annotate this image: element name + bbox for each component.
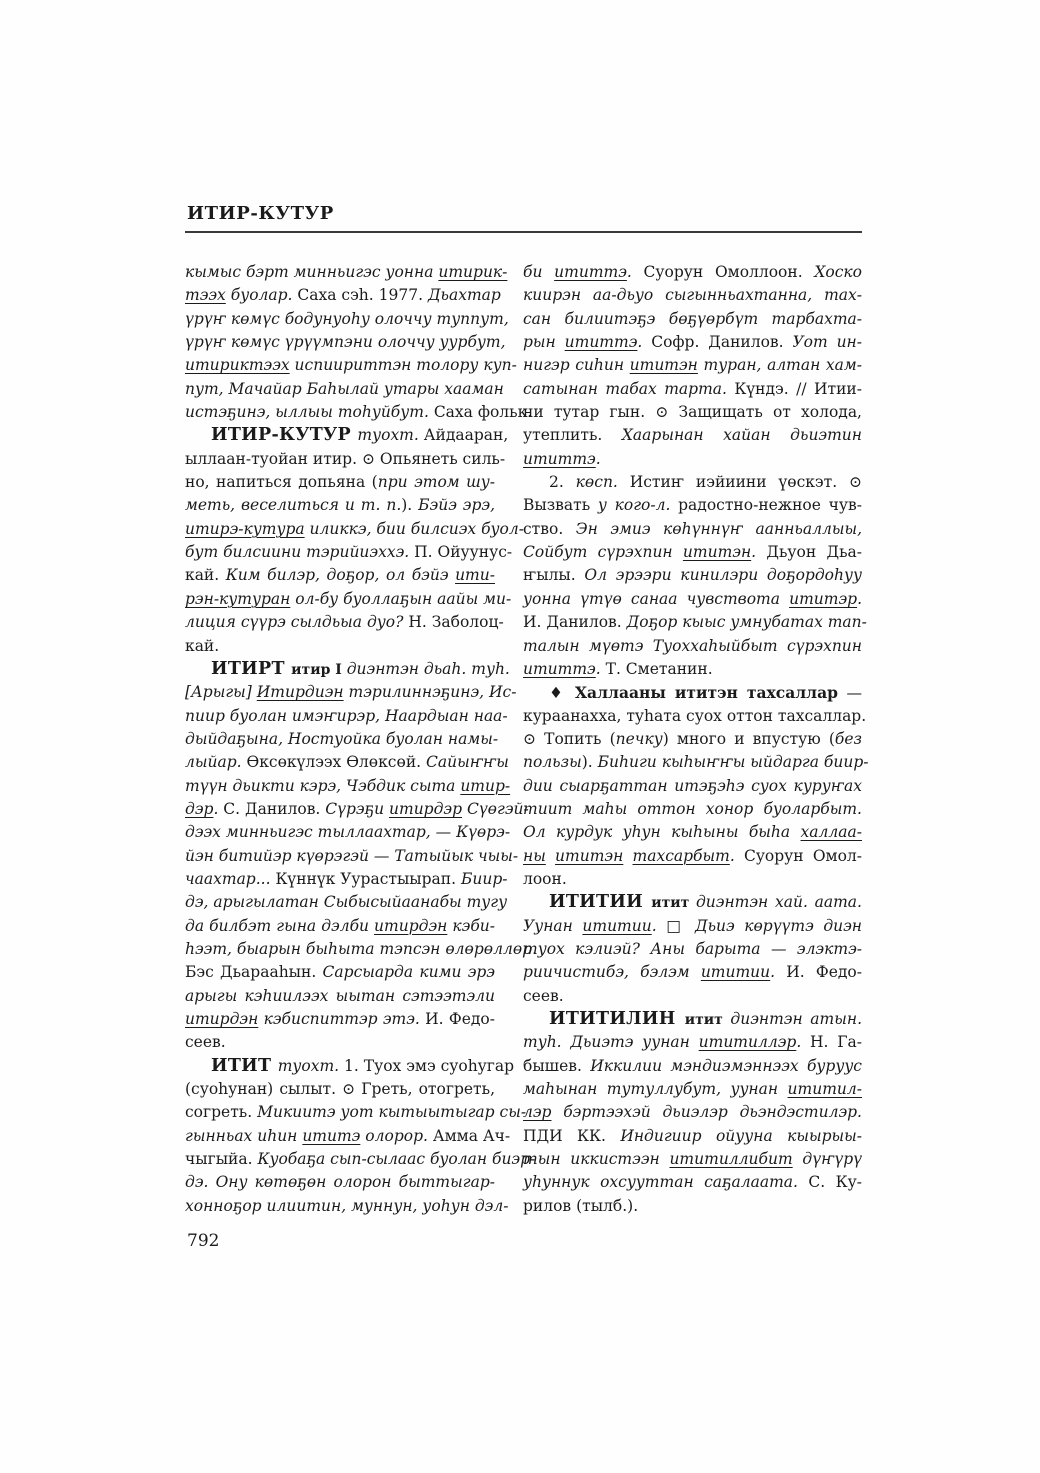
text-line: 2. көсп. Истиҥ иэйиини үөскэт. ⊙ bbox=[523, 471, 862, 494]
headword-variant: итит bbox=[651, 895, 696, 911]
citation-segment: рын bbox=[523, 333, 565, 351]
text-line: би ититтэ. Суорун Омоллоон. Хоско bbox=[523, 261, 862, 284]
underlined-citation-segment: ититиллэр bbox=[699, 1033, 797, 1051]
column-right: би ититтэ. Суорун Омоллоон. Хоскокиирэн … bbox=[523, 261, 862, 1218]
citation-segment: иликкэ, бии билсиэх буол- bbox=[305, 520, 524, 538]
text-line: утеплить. Хаарынан хайан дьиэтин bbox=[523, 424, 862, 447]
citation-segment: Доҕор кыыс умнубатах тап- bbox=[627, 613, 867, 631]
text-segment: Н. Заболоц- bbox=[408, 613, 503, 631]
text-segment: И. Федо- bbox=[786, 963, 862, 981]
text-segment: Бэс Дьарааһын. bbox=[185, 963, 323, 981]
text-segment: сеев. bbox=[523, 987, 564, 1005]
text-line: ны ититэн тахсарбыт. Суорун Омол- bbox=[523, 845, 862, 868]
text-segment: сеев. bbox=[185, 1033, 226, 1051]
headword-variant: итир I bbox=[291, 662, 347, 678]
underlined-citation-segment: ити- bbox=[455, 566, 495, 584]
citation-segment: Ол курдук уһун кыһыны быһа bbox=[523, 823, 801, 841]
text-line: итирэ-кутура иликкэ, бии билсиэх буол- bbox=[185, 518, 495, 541]
text-segment: согреть. bbox=[185, 1103, 257, 1121]
text-segment: С. Данилов. bbox=[223, 800, 325, 818]
text-segment: Н. Га- bbox=[810, 1033, 862, 1051]
citation-segment: Сүрэҕи bbox=[325, 800, 389, 818]
citation-segment: . bbox=[652, 917, 666, 935]
headword: ИТИРТ bbox=[211, 659, 291, 679]
citation-segment: риичистибэ, бэлэм bbox=[523, 963, 701, 981]
text-line: Уунан ититии. □ Дьиэ көрүүтэ диэн bbox=[523, 915, 862, 938]
citation-segment: Сайыҥҥы bbox=[426, 753, 509, 771]
text-line: меть, веселиться и т. п.). Бэйэ эрэ, bbox=[185, 494, 495, 517]
citation-segment: . bbox=[596, 660, 606, 678]
citation-segment: гынньах иһин bbox=[185, 1127, 302, 1145]
text-columns: кымыс бэрт минньигэс уонна итирик-тээх б… bbox=[185, 261, 862, 1218]
text-line: сатынан табах тарта. Күндэ. // Итии- bbox=[523, 378, 862, 401]
text-segment: С. Ку- bbox=[808, 1173, 862, 1191]
text-segment: лоон. bbox=[523, 870, 567, 888]
text-line: тээх буолар. Саха сэһ. 1977. Дьахтар bbox=[185, 284, 495, 307]
text-line: риичистибэ, бэлэм ититии. И. Федо- bbox=[523, 961, 862, 984]
citation-segment: туран, алтан хам- bbox=[698, 356, 862, 374]
text-segment: Саха фольк. bbox=[434, 403, 532, 421]
text-line: чаахтар... Күннүк Уурастыырап. Биир- bbox=[185, 868, 495, 891]
text-line: рилов (тылб.). bbox=[523, 1195, 862, 1218]
text-line: ҥылы. Ол эрээри кинилэри доҕордоһуу bbox=[523, 564, 862, 587]
text-line: уонна үтүө санаа чувствота ититэр. bbox=[523, 588, 862, 611]
citation-segment: нигэр сиһин bbox=[523, 356, 630, 374]
underlined-citation-segment: ны bbox=[523, 847, 546, 865]
text-segment: ). bbox=[582, 753, 598, 771]
underlined-citation-segment: ититтэ bbox=[554, 263, 627, 281]
citation-segment bbox=[546, 847, 555, 865]
citation-segment: . bbox=[770, 963, 786, 981]
text-segment: Т. Сметанин. bbox=[606, 660, 713, 678]
citation-segment: туохт. bbox=[357, 426, 423, 444]
citation-segment: диэнтэн хай. аата. bbox=[696, 893, 862, 911]
text-segment: Софр. Данилов. bbox=[651, 333, 792, 351]
text-line: лыйар. Өксөкүлээх Өлөксөй. Сайыҥҥы bbox=[185, 751, 495, 774]
text-segment: И. Данилов. bbox=[523, 613, 627, 631]
text-segment: Истиҥ иэйиини үөскэт. ⊙ bbox=[630, 473, 862, 491]
text-line: сеев. bbox=[523, 985, 862, 1008]
text-line: дэ. Ону көтөҕөн олорон быттыгар- bbox=[185, 1171, 495, 1194]
citation-segment: . bbox=[637, 333, 651, 351]
text-line: пут, Мачайар Баһылай утары хааман bbox=[185, 378, 495, 401]
citation-segment: меть, веселиться и т. п. bbox=[185, 496, 401, 514]
text-segment: 2. bbox=[549, 473, 576, 491]
text-line: пользы). Биһиги кыһыҥҥы ыйдарга биир- bbox=[523, 751, 862, 774]
citation-segment: Уот ин- bbox=[792, 333, 862, 351]
text-line: сан билиитэҕэ бөҕүөрбүт тарбахта- bbox=[523, 308, 862, 331]
citation-segment: Эн эмиэ көһүннүҥ аанньаллыы, bbox=[576, 520, 862, 538]
underlined-citation-segment: итирдэр bbox=[389, 800, 462, 818]
citation-segment: кымыс бэрт минньигэс уонна bbox=[185, 263, 438, 281]
citation-segment: Куобаҕа сып-сылаас буолан биэр- bbox=[257, 1150, 535, 1168]
text-segment: □ bbox=[666, 917, 695, 935]
text-line: гынньах иһин ититэ олорор. Амма Ач- bbox=[185, 1125, 495, 1148]
underlined-citation-segment: Итирдиэн bbox=[257, 683, 344, 701]
text-line: уһуннук охсууттан саҕалаата. С. Ку- bbox=[523, 1171, 862, 1194]
citation-segment: дыйдаҕына, Ностуойка буолан намы- bbox=[185, 730, 498, 748]
text-line: бут билсиини тэрийиэххэ. П. Ойуунус- bbox=[185, 541, 495, 564]
citation-segment: диэнтэн атын. bbox=[730, 1010, 862, 1028]
text-segment: ыллаан-туойан итир. ⊙ Опьянеть силь- bbox=[185, 450, 505, 468]
text-segment: Вызвать bbox=[523, 496, 598, 514]
citation-segment: Дьиэ көрүүтэ диэн bbox=[695, 917, 862, 935]
citation-segment: Сойбут сүрэхпин bbox=[523, 543, 683, 561]
headword: ИТИР-КУТУР bbox=[211, 425, 357, 445]
text-line: ПДИ КК. Индигиир ойууна кыырыы- bbox=[523, 1125, 862, 1148]
text-line: ИТИТИЛИН итит диэнтэн атын. bbox=[523, 1008, 862, 1031]
idiom-phrase: Халлааны ититэн тахсаллар bbox=[575, 683, 838, 702]
citation-segment: олорор. bbox=[360, 1127, 433, 1145]
citation-segment: кэби- bbox=[447, 917, 495, 935]
citation-segment: Сүөгэй- bbox=[462, 800, 529, 818]
text-segment: ⊙ Топить ( bbox=[523, 730, 616, 748]
citation-segment: үрүҥ көмүс бодунуоһу олоччу туппут, bbox=[185, 310, 509, 328]
text-line: ИТИТ туохт. 1. Туох эмэ суоһугар bbox=[185, 1055, 495, 1078]
citation-segment: Ол эрээри кинилэри доҕордоһуу bbox=[584, 566, 862, 584]
text-line: ⊙ Топить (печку) много и впустую (без bbox=[523, 728, 862, 751]
citation-segment: Хоско bbox=[814, 263, 862, 281]
citation-segment: Иккилии мэндиэмэннээх буруус bbox=[590, 1057, 862, 1075]
underlined-citation-segment: ититэ bbox=[302, 1127, 360, 1145]
citation-segment: да билбэт гына дэлби bbox=[185, 917, 374, 935]
text-line: [Арыгы] Итирдиэн тэрилиннэҕинэ, Ис- bbox=[185, 681, 495, 704]
citation-segment: бэртээхэй дьиэлэр дьэндэстилэр. bbox=[551, 1103, 862, 1121]
text-segment: Күннүк Уурастыырап. bbox=[275, 870, 461, 888]
citation-segment bbox=[623, 847, 632, 865]
underlined-citation-segment: ититэр bbox=[789, 590, 857, 608]
text-segment: чыгыйа. bbox=[185, 1150, 257, 1168]
underlined-citation-segment: рэн-кутуран bbox=[185, 590, 290, 608]
headword-variant: итит bbox=[685, 1012, 731, 1028]
text-line: кымыс бэрт минньигэс уонна итирик- bbox=[185, 261, 495, 284]
underlined-citation-segment: ититтэ bbox=[565, 333, 638, 351]
text-line: Вызвать у кого-л. радостно-нежное чув- bbox=[523, 494, 862, 517]
citation-segment: дээх минньигэс тыллаахтар, — Күөрэ- bbox=[185, 823, 510, 841]
column-left: кымыс бэрт минньигэс уонна итирик-тээх б… bbox=[185, 261, 495, 1218]
citation-segment: Бэйэ эрэ, bbox=[418, 496, 495, 514]
citation-segment: пользы bbox=[523, 753, 582, 771]
headword: ИТИТИЛИН bbox=[549, 1009, 685, 1029]
text-line: нигэр сиһин ититэн туран, алтан хам- bbox=[523, 354, 862, 377]
text-line: истэҕинэ, ыллыы тоһуйбут. Саха фольк. bbox=[185, 401, 495, 424]
citation-segment: у кого-л. bbox=[598, 496, 678, 514]
text-line: согреть. Микиитэ уот кытыытыгар сы- bbox=[185, 1101, 495, 1124]
text-line: дыйдаҕына, Ностуойка буолан намы- bbox=[185, 728, 495, 751]
underlined-citation-segment: дэр bbox=[185, 800, 213, 818]
citation-segment: Индигиир ойууна кыырыы- bbox=[620, 1127, 862, 1145]
text-line: лоон. bbox=[523, 868, 862, 891]
text-segment: И. Федо- bbox=[425, 1010, 495, 1028]
underlined-citation-segment: ититэн bbox=[683, 543, 751, 561]
citation-segment: дүҥүрү bbox=[793, 1150, 862, 1168]
citation-segment: при этом шу- bbox=[378, 473, 495, 491]
text-segment: ство. bbox=[523, 520, 576, 538]
text-segment: но, напиться допьяна ( bbox=[185, 473, 378, 491]
citation-segment: би bbox=[523, 263, 554, 281]
underlined-citation-segment: ититэн bbox=[630, 356, 698, 374]
citation-segment: бут билсиини тэрийиэххэ. bbox=[185, 543, 414, 561]
text-segment: Өксөкүлээх Өлөксөй. bbox=[247, 753, 427, 771]
citation-segment: туохт. bbox=[278, 1057, 344, 1075]
text-line: дии сыарҕаттан итэҕэһэ суох куруҥах bbox=[523, 775, 862, 798]
citation-segment: печку bbox=[616, 730, 663, 748]
text-line: маһынан тутуллубут, уунан ититил- bbox=[523, 1078, 862, 1101]
text-segment: кураанахха, туһата суох оттон тахсаллар. bbox=[523, 707, 866, 725]
citation-segment: ол-бу буоллаҕын аайы ми- bbox=[290, 590, 511, 608]
text-line: ыллаан-туойан итир. ⊙ Опьянеть силь- bbox=[185, 448, 495, 471]
text-segment: Суорун Омол- bbox=[744, 847, 862, 865]
underlined-citation-segment: итирэ-кутура bbox=[185, 520, 305, 538]
text-line: бышев. Иккилии мэндиэмэннээх буруус bbox=[523, 1055, 862, 1078]
text-segment: ♦ bbox=[549, 684, 575, 702]
text-line: түүн дьикти кэрэ, Чэбдик сыта итир- bbox=[185, 775, 495, 798]
text-line: туһ. Дьиэтэ уунан ититиллэр. Н. Га- bbox=[523, 1031, 862, 1054]
citation-segment: Хаарынан хайан дьиэтин bbox=[622, 426, 862, 444]
underlined-citation-segment: итирдэн bbox=[185, 1010, 258, 1028]
text-line: пиир буолан имэҥирэр, Наардыан наа- bbox=[185, 705, 495, 728]
text-segment: бышев. bbox=[523, 1057, 590, 1075]
text-line: И. Данилов. Доҕор кыыс умнубатах тап- bbox=[523, 611, 862, 634]
text-line: Сойбут сүрэхпин ититэн. Дьуон Дьа- bbox=[523, 541, 862, 564]
citation-segment: . bbox=[751, 543, 766, 561]
citation-segment: маһынан тутуллубут, уунан bbox=[523, 1080, 788, 1098]
citation-segment: истэҕинэ, ыллыы тоһуйбут. bbox=[185, 403, 434, 421]
underlined-citation-segment: ититэн bbox=[555, 847, 623, 865]
underlined-citation-segment: ититии bbox=[582, 917, 651, 935]
text-line: ♦ Халлааны ититэн тахсаллар — bbox=[523, 681, 862, 704]
underlined-citation-segment: ититтэ bbox=[523, 450, 596, 468]
text-segment: П. Ойуунус- bbox=[414, 543, 512, 561]
citation-segment: Сарсыарда кими эрэ bbox=[323, 963, 495, 981]
citation-segment: киирэн аа-дьуо сыгынньахтанна, тах- bbox=[523, 286, 862, 304]
text-segment: Амма Ач- bbox=[433, 1127, 510, 1145]
citation-segment: Биир- bbox=[461, 870, 508, 888]
text-segment: Күндэ. // Итии- bbox=[734, 380, 862, 398]
citation-segment: . bbox=[796, 1033, 810, 1051]
citation-segment: арыгы кэһиилээх ыытан сэтээтэли bbox=[185, 987, 495, 1005]
citation-segment: испиириттэн толору куп- bbox=[290, 356, 517, 374]
text-segment: ) много и впустую ( bbox=[663, 730, 835, 748]
citation-segment: туох кэлиэй? Аны барыта — элэктэ- bbox=[523, 940, 862, 958]
text-line: дэр. С. Данилов. Сүрэҕи итирдэр Сүөгэй- bbox=[185, 798, 495, 821]
text-segment: — bbox=[838, 684, 862, 702]
citation-segment: Биһиги кыһыҥҥы ыйдарга биир- bbox=[598, 753, 869, 771]
text-segment: ). bbox=[401, 496, 418, 514]
text-line: киирэн аа-дьуо сыгынньахтанна, тах- bbox=[523, 284, 862, 307]
text-line: ни тутар гын. ⊙ Защищать от холода, bbox=[523, 401, 862, 424]
citation-segment: Микиитэ уот кытыытыгар сы- bbox=[257, 1103, 526, 1121]
text-line: кай. Ким билэр, доҕор, ол бэйэ ити- bbox=[185, 564, 495, 587]
text-line: дэ, арыгылатан Сыбысыйаанабы тугу bbox=[185, 891, 495, 914]
citation-segment: . bbox=[596, 450, 601, 468]
citation-segment: дэ. Ону көтөҕөн олорон быттыгар- bbox=[185, 1173, 495, 1191]
citation-segment: кэбиспиттэр этэ. bbox=[258, 1010, 425, 1028]
citation-segment: туһ. Дьиэтэ уунан bbox=[523, 1033, 699, 1051]
text-line: итириктээх испиириттэн толору куп- bbox=[185, 354, 495, 377]
text-line: һээт, быарын быһыта тэпсэн өлөрөллөр. bbox=[185, 938, 495, 961]
citation-segment: . bbox=[857, 590, 862, 608]
citation-segment: лиция сүүрэ сылдьыа дуо? bbox=[185, 613, 408, 631]
citation-segment: . bbox=[627, 263, 644, 281]
citation-segment: чаахтар... bbox=[185, 870, 275, 888]
text-segment: (суоһунан) сылыт. ⊙ Греть, отогреть, bbox=[185, 1080, 495, 1098]
text-segment: Суорун Омоллоон. bbox=[644, 263, 815, 281]
page-number: 792 bbox=[187, 1231, 219, 1251]
text-line: үрүҥ көмүс бодунуоһу олоччу туппут, bbox=[185, 308, 495, 331]
citation-segment: тэрилиннэҕинэ, Ис- bbox=[344, 683, 517, 701]
underlined-citation-segment: итириктээх bbox=[185, 356, 290, 374]
text-segment: 1. Туох эмэ суоһугар bbox=[344, 1057, 514, 1075]
dictionary-page: ИТИР-КУТУР кымыс бэрт минньигэс уонна ит… bbox=[0, 0, 1040, 1473]
text-segment: ПДИ КК. bbox=[523, 1127, 620, 1145]
text-line: арыгы кэһиилээх ыытан сэтээтэли bbox=[185, 985, 495, 1008]
citation-segment: диэнтэн дьаһ. туһ. bbox=[347, 660, 510, 678]
text-segment: Саха сэһ. 1977. bbox=[297, 286, 428, 304]
text-line: чыгыйа. Куобаҕа сып-сылаас буолан биэр- bbox=[185, 1148, 495, 1171]
text-segment: ни тутар гын. ⊙ Защищать от холода, bbox=[523, 403, 862, 421]
underlined-citation-segment: тахсарбыт bbox=[633, 847, 730, 865]
text-line: тын иккистээн ититиллибит дүҥүрү bbox=[523, 1148, 862, 1171]
header-rule bbox=[185, 231, 862, 233]
text-line: Бэс Дьарааһын. Сарсыарда кими эрэ bbox=[185, 961, 495, 984]
citation-segment: үрүҥ көмүс үрүүмпэни олоччу уурбут, bbox=[185, 333, 506, 351]
citation-segment: көсп. bbox=[576, 473, 630, 491]
citation-segment: дэ, арыгылатан Сыбысыйаанабы тугу bbox=[185, 893, 507, 911]
underlined-citation-segment: ититил- bbox=[788, 1080, 862, 1098]
text-segment: радостно-нежное чув- bbox=[678, 496, 862, 514]
text-line: кураанахха, туһата суох оттон тахсаллар. bbox=[523, 705, 862, 728]
citation-segment: пиир буолан имэҥирэр, Наардыан наа- bbox=[185, 707, 508, 725]
text-segment: Айдааран, bbox=[424, 426, 509, 444]
underlined-citation-segment: ититии bbox=[701, 963, 770, 981]
citation-segment: талын мүөтэ Туоххаһыйбыт сүрэхпин bbox=[523, 637, 862, 655]
running-head: ИТИР-КУТУР bbox=[187, 203, 334, 224]
citation-segment: һээт, быарын быһыта тэпсэн өлөрөллөр. bbox=[185, 940, 537, 958]
text-segment: ҥылы. bbox=[523, 566, 584, 584]
text-segment: Дьуон Дьа- bbox=[766, 543, 862, 561]
text-segment: утеплить. bbox=[523, 426, 622, 444]
underlined-citation-segment: ититтэ bbox=[523, 660, 596, 678]
text-line: тиит маһы оттон хонор буоларбыт. bbox=[523, 798, 862, 821]
citation-segment: Дьахтар bbox=[428, 286, 501, 304]
citation-segment: сатынан табах тарта. bbox=[523, 380, 734, 398]
citation-segment: уонна үтүө санаа чувствота bbox=[523, 590, 789, 608]
citation-segment: хонноҕор илиитин, муннун, уоһун дэл- bbox=[185, 1197, 508, 1215]
text-line: туох кэлиэй? Аны барыта — элэктэ- bbox=[523, 938, 862, 961]
underlined-citation-segment: халлаа- bbox=[801, 823, 862, 841]
underlined-citation-segment: ититиллибит bbox=[669, 1150, 792, 1168]
citation-segment: дии сыарҕаттан итэҕэһэ суох куруҥах bbox=[523, 777, 862, 795]
citation-segment: лыйар. bbox=[185, 753, 247, 771]
text-line: ититтэ. Т. Сметанин. bbox=[523, 658, 862, 681]
underlined-citation-segment: итир- bbox=[460, 777, 510, 795]
citation-segment: буолар. bbox=[226, 286, 298, 304]
text-line: лэр бэртээхэй дьиэлэр дьэндэстилэр. bbox=[523, 1101, 862, 1124]
text-segment: кай. bbox=[185, 637, 219, 655]
citation-segment: сан билиитэҕэ бөҕүөрбүт тарбахта- bbox=[523, 310, 862, 328]
citation-segment: пут, Мачайар Баһылай утары хааман bbox=[185, 380, 504, 398]
text-line: Ол курдук уһун кыһыны быһа халлаа- bbox=[523, 821, 862, 844]
headword: ИТИТИИ bbox=[549, 892, 651, 912]
citation-segment: без bbox=[835, 730, 862, 748]
underlined-citation-segment: итирдэн bbox=[374, 917, 447, 935]
text-segment: рилов (тылб.). bbox=[523, 1197, 638, 1215]
citation-segment: Ким билэр, доҕор, ол бэйэ bbox=[226, 566, 455, 584]
text-line: рын ититтэ. Софр. Данилов. Уот ин- bbox=[523, 331, 862, 354]
text-segment: кай. bbox=[185, 566, 226, 584]
text-line: ИТИРТ итир I диэнтэн дьаһ. туһ. bbox=[185, 658, 495, 681]
text-line: рэн-кутуран ол-бу буоллаҕын аайы ми- bbox=[185, 588, 495, 611]
text-line: ититтэ. bbox=[523, 448, 862, 471]
citation-segment: Уунан bbox=[523, 917, 582, 935]
citation-segment: . bbox=[730, 847, 744, 865]
citation-segment: [Арыгы] bbox=[185, 683, 257, 701]
citation-segment: тын иккистээн bbox=[523, 1150, 669, 1168]
citation-segment: . bbox=[213, 800, 223, 818]
citation-segment: йэн битийэр күөрэгэй — Татыйык чыы- bbox=[185, 847, 518, 865]
citation-segment: тиит маһы оттон хонор буоларбыт. bbox=[523, 800, 862, 818]
text-line: кай. bbox=[185, 635, 495, 658]
text-line: сеев. bbox=[185, 1031, 495, 1054]
underlined-citation-segment: итирик- bbox=[438, 263, 507, 281]
text-line: үрүҥ көмүс үрүүмпэни олоччу уурбут, bbox=[185, 331, 495, 354]
citation-segment: түүн дьикти кэрэ, Чэбдик сыта bbox=[185, 777, 460, 795]
text-line: ИТИТИИ итит диэнтэн хай. аата. bbox=[523, 891, 862, 914]
text-line: йэн битийэр күөрэгэй — Татыйык чыы- bbox=[185, 845, 495, 868]
underlined-citation-segment: тээх bbox=[185, 286, 226, 304]
text-line: лиция сүүрэ сылдьыа дуо? Н. Заболоц- bbox=[185, 611, 495, 634]
headword: ИТИТ bbox=[211, 1056, 278, 1076]
underlined-citation-segment: лэр bbox=[523, 1103, 551, 1121]
citation-segment: уһуннук охсууттан саҕалаата. bbox=[523, 1173, 808, 1191]
text-line: ство. Эн эмиэ көһүннүҥ аанньаллыы, bbox=[523, 518, 862, 541]
text-line: талын мүөтэ Туоххаһыйбыт сүрэхпин bbox=[523, 635, 862, 658]
text-line: да билбэт гына дэлби итирдэн кэби- bbox=[185, 915, 495, 938]
text-line: но, напиться допьяна (при этом шу- bbox=[185, 471, 495, 494]
text-line: хонноҕор илиитин, муннун, уоһун дэл- bbox=[185, 1195, 495, 1218]
text-line: дээх минньигэс тыллаахтар, — Күөрэ- bbox=[185, 821, 495, 844]
text-line: (суоһунан) сылыт. ⊙ Греть, отогреть, bbox=[185, 1078, 495, 1101]
text-line: ИТИР-КУТУР туохт. Айдааран, bbox=[185, 424, 495, 447]
text-line: итирдэн кэбиспиттэр этэ. И. Федо- bbox=[185, 1008, 495, 1031]
